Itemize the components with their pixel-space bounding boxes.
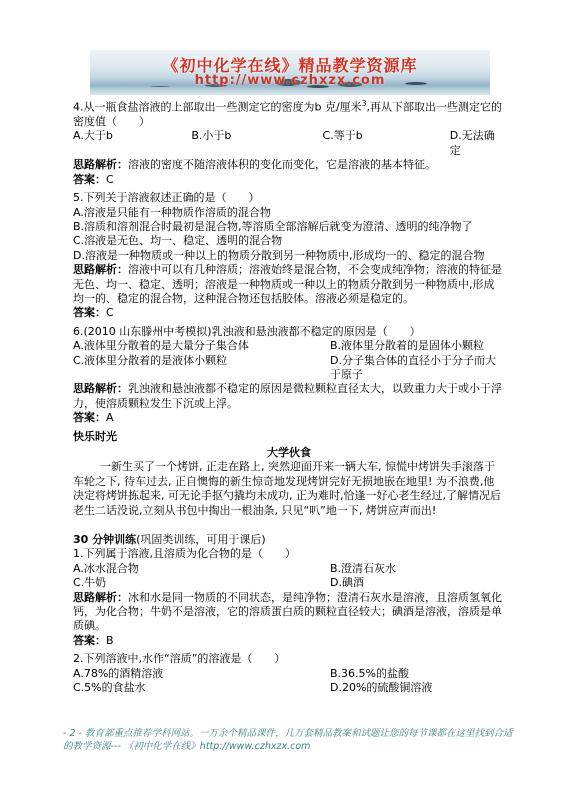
analysis-line: 思路解析：溶液中可以有几种溶质；溶液始终是混合物，不会变成纯净物；溶液的特征是无… [73, 263, 505, 306]
answer-value: C [106, 306, 114, 319]
option-c: C.溶液是无色、均一、稳定、透明的混合物 [73, 234, 505, 248]
answer-label: 答案： [73, 173, 106, 186]
training-heading: 30 分钟训练(巩固类训练，可用于课后) [73, 533, 505, 547]
training-1-options-row1: A.冰水混合物 B.澄清石灰水 [73, 562, 505, 576]
worksheet-content: 4.从一瓶食盐溶液的上部取出一些测定它的密度为b 克/厘米3,再从下部取出一些测… [73, 97, 505, 700]
answer-line: 答案：C [73, 173, 505, 187]
training-section: 30 分钟训练(巩固类训练，可用于课后) 1.下列属于溶液,且溶质为化合物的是（… [73, 533, 505, 695]
analysis-label: 思路解析： [73, 263, 128, 276]
option-a: A.溶液是只能有一种物质作溶质的混合物 [73, 206, 505, 220]
option-c: C.等于b [323, 129, 450, 158]
analysis-label: 思路解析： [73, 158, 128, 171]
answer-line: 答案：C [73, 306, 505, 320]
option-b: B.小于b [191, 129, 322, 158]
option-d: D.溶液是一种物质或一种以上的物质分散到另一种物质中,形成均一的、稳定的混合物 [73, 249, 505, 263]
analysis-line: 思路解析：溶液的密度不随溶液体积的变化而变化，它是溶液的基本特征。 [73, 158, 505, 172]
question-6-stem: 6.(2010 山东滕州中考模拟)乳浊液和悬浊液都不稳定的原因是（ ） [73, 325, 505, 339]
answer-value: C [106, 173, 114, 186]
training-2-options-row1: A.78%的酒精溶液 B.36.5%的盐酸 [73, 667, 505, 681]
question-4-stem-text: 4.从一瓶食盐溶液的上部取出一些测定它的密度为b 克/厘米 [73, 101, 362, 114]
training-1-options-row2: C.牛奶 D.碘酒 [73, 576, 505, 590]
analysis-text: 乳浊液和悬浊液都不稳定的原因是微粒颗粒直径太大，以致重力大于或小于浮力，使溶质颗… [73, 382, 502, 409]
question-6-options-row1: A.液体里分散着的是大量分子集合体 B.液体里分散着的是固体小颗粒 [73, 339, 505, 353]
training-question-2: 2.下列溶液中,水作“溶质”的溶液是（ ） A.78%的酒精溶液 B.36.5%… [73, 652, 505, 695]
answer-value: B [106, 634, 114, 647]
answer-label: 答案： [73, 411, 106, 424]
question-4-options: A.大于b B.小于b C.等于b D.无法确定 [73, 129, 505, 158]
analysis-line: 思路解析：乳浊液和悬浊液都不稳定的原因是微粒颗粒直径太大，以致重力大于或小于浮力… [73, 382, 505, 411]
option-a: A.冰水混合物 [73, 562, 330, 576]
training-heading-bold: 30 分钟训练 [73, 533, 136, 546]
site-banner: 《初中化学在线》精品教学资源库 http://www.czhxzx.com [90, 50, 490, 95]
footer-note: - 2 - 教育部重点推荐学科网站。一万余个精品课件，几万套精品教案和试题让您的… [63, 727, 521, 753]
fun-section: 快乐时光 大学伙食 一新生买了一个烤饼, 正走在路上, 突然迎面开来一辆大车, … [73, 430, 505, 518]
option-a: A.78%的酒精溶液 [73, 667, 330, 681]
training-heading-note: (巩固类训练，可用于课后) [136, 533, 266, 546]
option-b: B.溶质和溶剂混合时最初是混合物,等溶质全部溶解后就变为澄清、透明的纯净物了 [73, 220, 505, 234]
banner-url: http://www.czhxzx.com [90, 73, 490, 88]
option-a: A.大于b [73, 129, 191, 158]
answer-line: 答案：A [73, 411, 505, 425]
option-a: A.液体里分散着的是大量分子集合体 [73, 339, 330, 353]
document-page: 《初中化学在线》精品教学资源库 http://www.czhxzx.com 4.… [0, 0, 573, 810]
question-6-options-row2: C.液体里分散着的是液体小颗粒 D.分子集合体的直径小于分子而大于原子 [73, 354, 505, 383]
option-c: C.液体里分散着的是液体小颗粒 [73, 354, 330, 383]
option-b: B.澄清石灰水 [330, 562, 396, 576]
question-5: 5.下列关于溶液叙述正确的是（ ） A.溶液是只能有一种物质作溶质的混合物 B.… [73, 191, 505, 321]
option-d: D.分子集合体的直径小于分子而大于原子 [330, 354, 505, 383]
training-question-1: 1.下列属于溶液,且溶质为化合物的是（ ） A.冰水混合物 B.澄清石灰水 C.… [73, 547, 505, 648]
fun-heading: 快乐时光 [73, 430, 505, 444]
analysis-text: 冰和水是同一物质的不同状态，是纯净物；澄清石灰水是溶液，且溶质氢氧化钙，为化合物… [73, 591, 502, 633]
fun-title: 大学伙食 [73, 446, 505, 460]
training-1-stem: 1.下列属于溶液,且溶质为化合物的是（ ） [73, 547, 505, 561]
fun-story: 一新生买了一个烤饼, 正走在路上, 突然迎面开来一辆大车, 惊慌中烤饼失手滚落于… [73, 460, 505, 518]
option-d: D.无法确定 [450, 129, 505, 158]
training-2-options-row2: C.5%的食盐水 D.20%的硫酸铜溶液 [73, 681, 505, 695]
answer-label: 答案： [73, 634, 106, 647]
analysis-label: 思路解析： [73, 382, 128, 395]
option-c: C.5%的食盐水 [73, 681, 330, 695]
analysis-text: 溶液的密度不随溶液体积的变化而变化，它是溶液的基本特征。 [128, 158, 436, 171]
analysis-line: 思路解析：冰和水是同一物质的不同状态，是纯净物；澄清石灰水是溶液，且溶质氢氧化钙… [73, 591, 505, 634]
answer-line: 答案：B [73, 634, 505, 648]
option-b: B.液体里分散着的是固体小颗粒 [330, 339, 484, 353]
option-d: D.20%的硫酸铜溶液 [330, 681, 432, 695]
option-d: D.碘酒 [330, 576, 364, 590]
question-4: 4.从一瓶食盐溶液的上部取出一些测定它的密度为b 克/厘米3,再从下部取出一些测… [73, 97, 505, 187]
training-2-stem: 2.下列溶液中,水作“溶质”的溶液是（ ） [73, 652, 505, 666]
option-c: C.牛奶 [73, 576, 330, 590]
analysis-text: 溶液中可以有几种溶质；溶液始终是混合物，不会变成纯净物；溶液的特征是无色、均一、… [73, 263, 502, 305]
question-5-stem: 5.下列关于溶液叙述正确的是（ ） [73, 191, 505, 205]
question-4-stem: 4.从一瓶食盐溶液的上部取出一些测定它的密度为b 克/厘米3,再从下部取出一些测… [73, 97, 505, 129]
answer-value: A [106, 411, 114, 424]
analysis-label: 思路解析： [73, 591, 128, 604]
answer-label: 答案： [73, 306, 106, 319]
question-6: 6.(2010 山东滕州中考模拟)乳浊液和悬浊液都不稳定的原因是（ ） A.液体… [73, 325, 505, 426]
option-b: B.36.5%的盐酸 [330, 667, 409, 681]
